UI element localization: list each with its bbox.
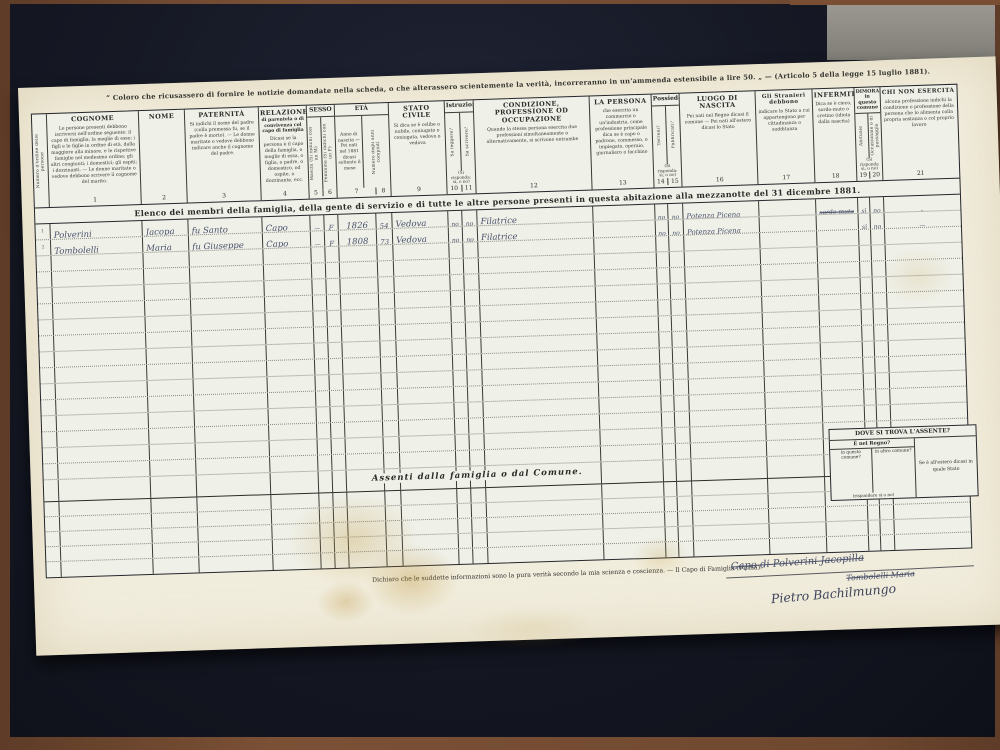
sa-leggere-label: Sa leggere? <box>450 128 456 157</box>
col-header-possiede: Possiede Terreni? Fabbricati? (Si rispon… <box>651 94 682 188</box>
stato-civile-entry: Vedova <box>395 219 426 228</box>
abituale-label: Abituale <box>859 126 865 146</box>
background-gray-patch <box>827 4 995 60</box>
anno-nascita-label: Anno di nascita — Pei nati nel 1881 dica… <box>336 129 363 176</box>
col-header-la-persona: LA PERSONA che esercita un commercio o u… <box>589 95 654 190</box>
census-form-sheet: “ Coloro che ricusassero di fornire le n… <box>18 56 1000 655</box>
occasionale-label: Occasionale o di passaggio <box>869 113 881 157</box>
anno-nascita-entry: 1808 <box>347 237 369 246</box>
cognome-entry: Polverini <box>54 230 92 239</box>
anni-compiuti-label: Numero degli anni compiuti <box>370 121 382 181</box>
col-header-relazione: RELAZIONE di parentela o di convivenza c… <box>258 106 309 201</box>
col-header-condizione: CONDIZIONE, PROFESSIONE OD OCCUPAZIONE Q… <box>473 97 592 194</box>
sa-scrivere-label: Sa scrivere? <box>464 126 470 156</box>
numero-ordine-label: Numero d'ordine delle persone <box>34 131 46 191</box>
col-header-stato-civile: STATO CIVILE Si dica se è celibe o nubil… <box>388 101 447 196</box>
col-header-cognome: COGNOME Le persone presenti debbono iscr… <box>46 111 141 207</box>
professione-entry: Filatrice <box>481 232 518 241</box>
col-header-sesso: SESSO Maschi (Si indichi con un M) Femmi… <box>306 105 337 199</box>
col-header-istruzione: Istruzione Sa leggere? Sa scrivere? (Si … <box>444 100 476 194</box>
paper-stain <box>316 580 375 624</box>
paternita-entry: fu Santo <box>192 225 229 234</box>
col-header-nome: NOME 2 <box>138 110 187 204</box>
professione-entry: Filatrice <box>480 216 517 225</box>
paper-stain <box>363 542 460 617</box>
nome-entry: Maria <box>146 243 172 252</box>
stato-civile-entry: Vedova <box>396 235 427 244</box>
census-table: Numero d'ordine delle persone COGNOME Le… <box>31 84 973 579</box>
col-header-luogo-nascita: LUOGO DI NASCITA Pei nati nel Regno dica… <box>679 91 758 186</box>
col-header-stranieri: Gli Stranieri debbono indicare lo Stato … <box>754 89 814 184</box>
wood-table-edge <box>790 0 1000 5</box>
sesso-maschi-label: Maschi (Si indichi con un M) <box>309 123 321 183</box>
col-header-chi-non-esercita: CHI NON ESERCITA alcuna professione indi… <box>879 85 958 180</box>
col-header-infermita: INFERMITÀ Dica se è cieco, sordo-muto o … <box>811 88 856 182</box>
anno-nascita-entry: 1826 <box>346 221 368 230</box>
terreni-label: Terreni? <box>657 125 663 145</box>
relazione-entry: Capo <box>266 239 288 248</box>
col-header-paternita: PATERNITÀ Si indichi il nome del padre (… <box>184 107 261 202</box>
col-header-eta: ETÀ Anno di nascita — Pei nati nel 1881 … <box>334 103 391 198</box>
fabbricati-label: Fabbricati? <box>670 121 676 148</box>
cognome-entry: Tombolelli <box>54 245 99 255</box>
absent-location-box: DOVE SI TROVA L'ASSENTE? È nel Regno? in… <box>828 424 978 501</box>
census-photograph: { "note_top": "“ Coloro che ricusassero … <box>0 0 1000 750</box>
col-header-dimora: DIMORA in questo comune Abituale Occasio… <box>853 87 882 181</box>
sesso-femmine-label: Femmine (Si indichi con un F) <box>323 123 335 183</box>
signature-third: Pietro Bachilmungo <box>770 581 896 607</box>
relazione-entry: Capo <box>266 223 288 232</box>
nome-entry: Jacopa <box>146 227 175 236</box>
